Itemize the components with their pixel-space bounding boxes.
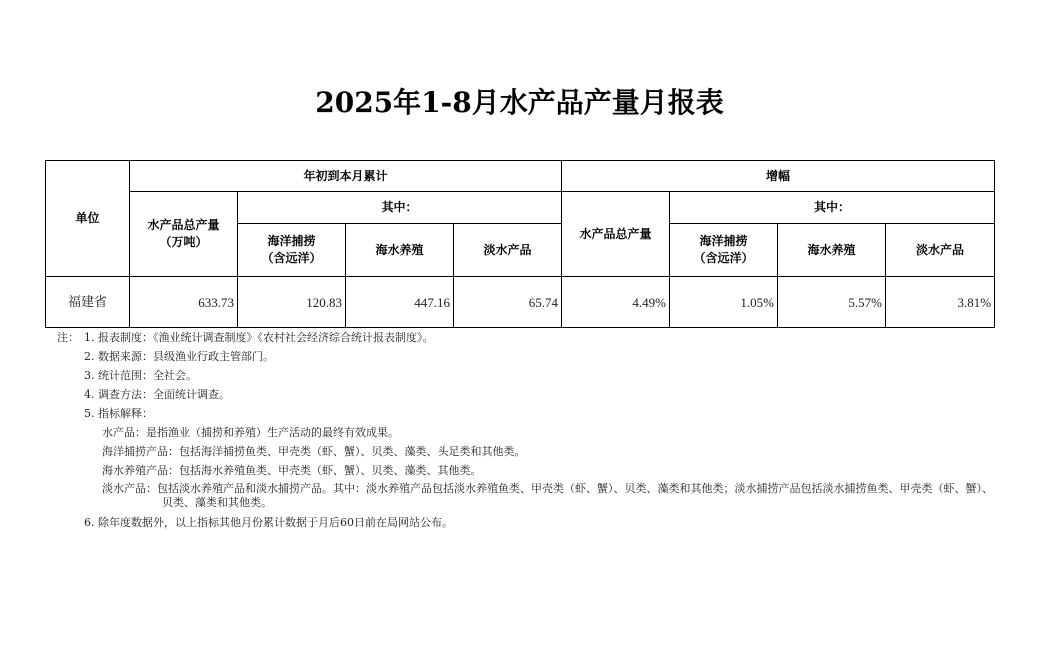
cell-cumulative-total: 633.73: [130, 277, 238, 328]
header-growth-mariculture: 海水养殖: [778, 224, 886, 277]
header-row-1: 单位 年初到本月累计 增幅: [46, 161, 995, 192]
cell-growth-freshwater: 3.81%: [886, 277, 995, 328]
cell-cumulative-freshwater: 65.74: [454, 277, 562, 328]
definition-text: 水产品：是指渔业（捕捞和养殖）生产活动的最终有效成果。: [102, 426, 399, 439]
cell-growth-mariculture: 5.57%: [778, 277, 886, 328]
definition-marine-catch: 海洋捕捞产品：包括海洋捕捞鱼类、甲壳类（虾、蟹）、贝类、藻类、头足类和其他类。: [57, 442, 1007, 461]
note-item-1: 注： 1. 报表制度：《渔业统计调查制度》《农村社会经济综合统计报表制度》。: [57, 328, 1007, 347]
note-item-3: 3. 统计范围：全社会。: [57, 366, 1007, 385]
header-cumulative-group: 年初到本月累计: [130, 161, 562, 192]
header-growth-marine-catch: 海洋捕捞 （含远洋）: [670, 224, 778, 277]
note-text: 3. 统计范围：全社会。: [84, 369, 197, 382]
definition-aquatic-products: 水产品：是指渔业（捕捞和养殖）生产活动的最终有效成果。: [57, 423, 1007, 442]
header-growth-group: 增幅: [562, 161, 995, 192]
header-cumulative-of-which: 其中：: [238, 192, 562, 224]
notes-prefix: 注：: [57, 328, 79, 347]
header-row-2: 水产品总产量 （万吨） 其中： 水产品总产量 其中：: [46, 192, 995, 224]
note-text: 2. 数据来源：县级渔业行政主管部门。: [84, 350, 274, 363]
header-cumulative-total: 水产品总产量 （万吨）: [130, 192, 238, 277]
header-growth-of-which: 其中：: [670, 192, 995, 224]
header-marine-catch-label: 海洋捕捞: [670, 233, 777, 250]
note-text: 4. 调查方法：全面统计调查。: [84, 388, 230, 401]
cell-cumulative-marine-catch: 120.83: [238, 277, 346, 328]
header-marine-catch-note: （含远洋）: [670, 250, 777, 267]
header-cumulative-total-unit: （万吨）: [130, 234, 237, 251]
cell-cumulative-mariculture: 447.16: [346, 277, 454, 328]
production-report-table: 单位 年初到本月累计 增幅 水产品总产量 （万吨） 其中： 水产品总产量 其中：…: [45, 160, 995, 328]
header-cumulative-freshwater: 淡水产品: [454, 224, 562, 277]
cell-growth-total: 4.49%: [562, 277, 670, 328]
header-cumulative-mariculture: 海水养殖: [346, 224, 454, 277]
note-item-2: 2. 数据来源：县级渔业行政主管部门。: [57, 347, 1007, 366]
header-cumulative-total-label: 水产品总产量: [130, 217, 237, 234]
notes-section: 注： 1. 报表制度：《渔业统计调查制度》《农村社会经济综合统计报表制度》。 2…: [57, 328, 1007, 532]
cell-unit: 福建省: [46, 277, 130, 328]
note-text: 5. 指标解释：: [84, 407, 153, 420]
header-marine-catch-note: （含远洋）: [238, 250, 345, 267]
definition-text: 海水养殖产品：包括海水养殖鱼类、甲壳类（虾、蟹）、贝类、藻类、其他类。: [102, 464, 482, 477]
definition-mariculture: 海水养殖产品：包括海水养殖鱼类、甲壳类（虾、蟹）、贝类、藻类、其他类。: [57, 461, 1007, 480]
header-marine-catch-label: 海洋捕捞: [238, 233, 345, 250]
definition-freshwater: 淡水产品：包括淡水养殖产品和淡水捕捞产品。其中：淡水养殖产品包括淡水养殖鱼类、甲…: [57, 480, 1007, 513]
table-row: 福建省 633.73 120.83 447.16 65.74 4.49% 1.0…: [46, 277, 995, 328]
definition-text: 淡水产品：包括淡水养殖产品和淡水捕捞产品。其中：淡水养殖产品包括淡水养殖鱼类、甲…: [102, 482, 1002, 510]
note-text: 6. 除年度数据外，以上指标其他月份累计数据于月后60日前在局网站公布。: [84, 516, 453, 529]
cell-growth-marine-catch: 1.05%: [670, 277, 778, 328]
header-unit: 单位: [46, 161, 130, 277]
header-cumulative-marine-catch: 海洋捕捞 （含远洋）: [238, 224, 346, 277]
definition-text: 海洋捕捞产品：包括海洋捕捞鱼类、甲壳类（虾、蟹）、贝类、藻类、头足类和其他类。: [102, 445, 526, 458]
note-item-5: 5. 指标解释：: [57, 404, 1007, 423]
page-title: 2025年1-8月水产品产量月报表: [0, 84, 1039, 122]
note-item-6: 6. 除年度数据外，以上指标其他月份累计数据于月后60日前在局网站公布。: [57, 513, 1007, 532]
note-item-4: 4. 调查方法：全面统计调查。: [57, 385, 1007, 404]
header-growth-freshwater: 淡水产品: [886, 224, 995, 277]
header-growth-total: 水产品总产量: [562, 192, 670, 277]
note-text: 1. 报表制度：《渔业统计调查制度》《农村社会经济综合统计报表制度》。: [84, 331, 434, 344]
